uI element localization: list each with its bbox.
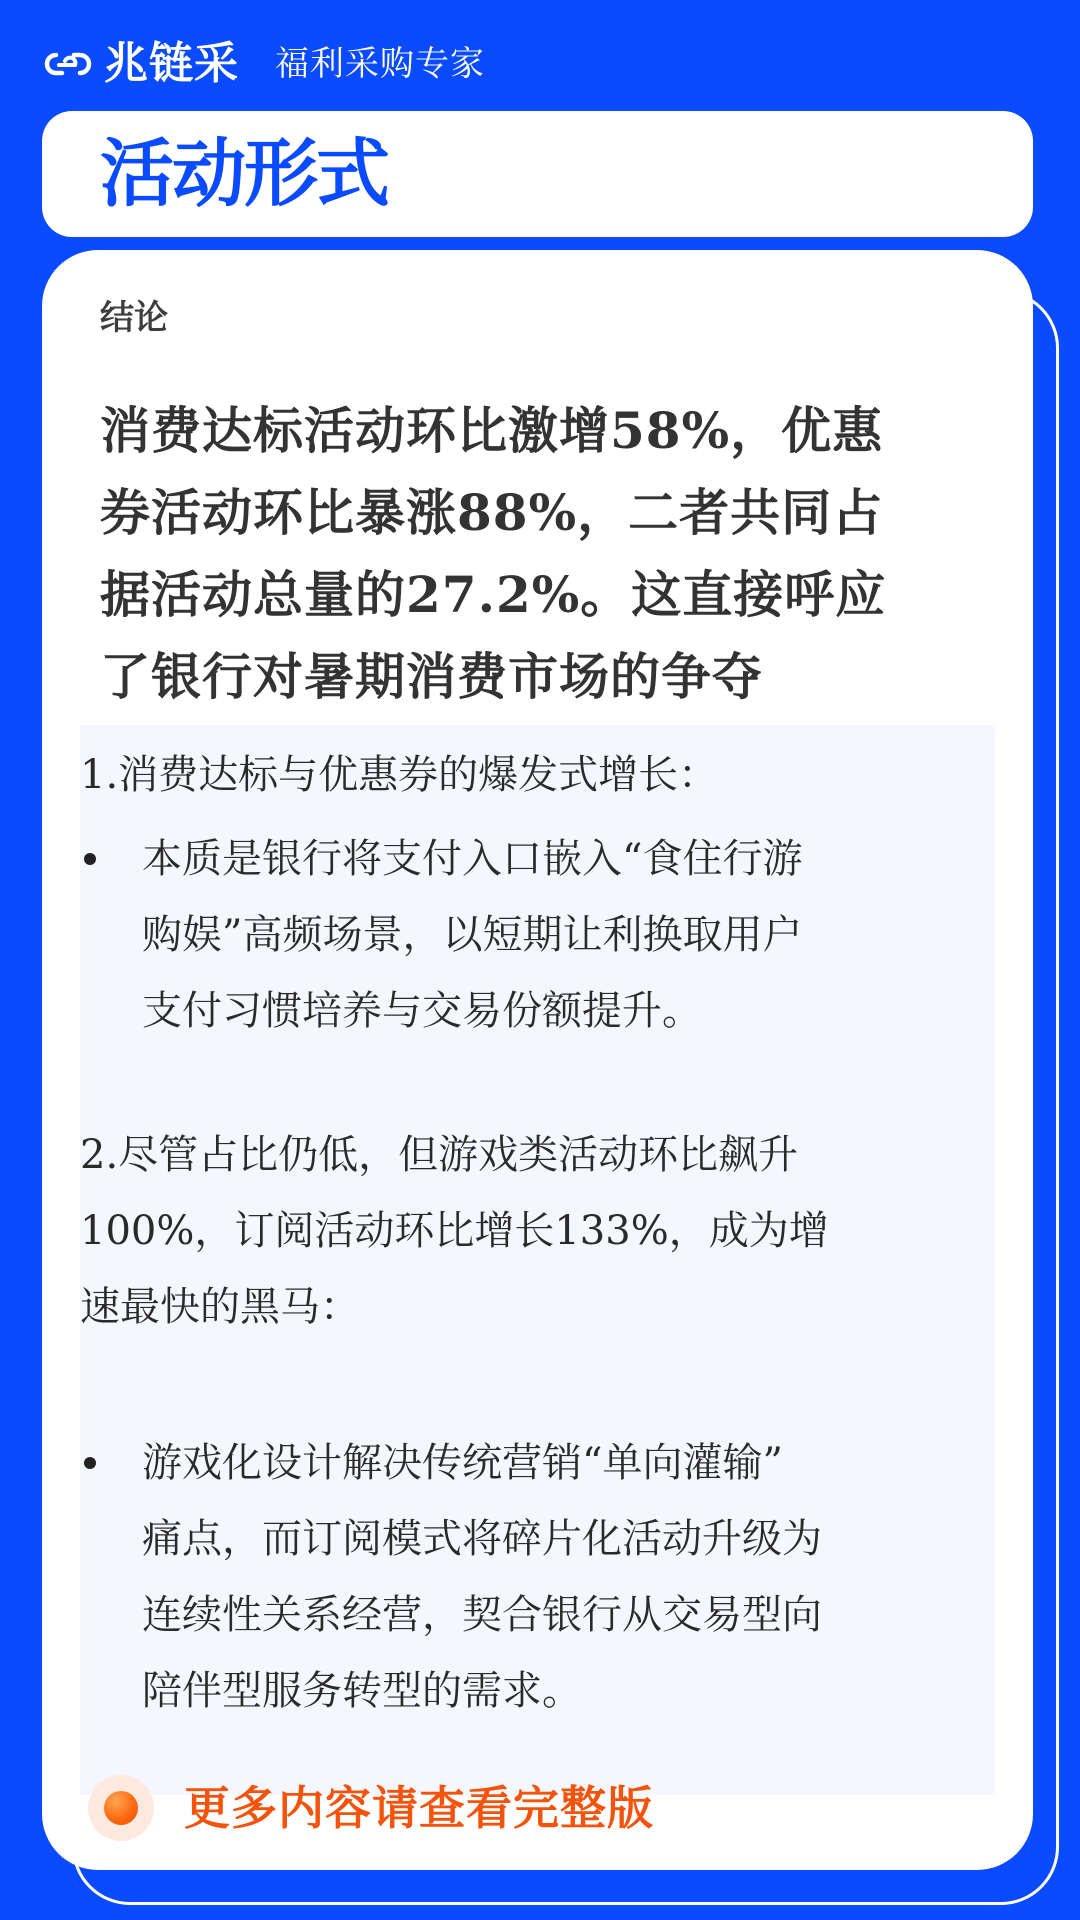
bullet-line: 支付习惯培养与交易份额提升。 <box>142 973 802 1049</box>
chain-link-icon <box>42 51 94 77</box>
cta-label: 更多内容请查看完整版 <box>184 1775 654 1841</box>
bullet-line: 陪伴型服务转型的需求。 <box>142 1653 822 1729</box>
point-heading: 1.消费达标与优惠券的爆发式增长： <box>80 737 718 813</box>
bullet-line: 连续性关系经营，契合银行从交易型向 <box>142 1577 822 1653</box>
bullet-line: 痛点，而订阅模式将碎片化活动升级为 <box>142 1501 822 1577</box>
brand-slogan: 福利采购专家 <box>275 36 485 92</box>
heading-line: 速最快的黑马： <box>80 1269 829 1345</box>
section-label: 结论 <box>100 296 168 340</box>
heading-line: 100%，订阅活动环比增长133%，成为增 <box>80 1193 829 1269</box>
title-card: 活动形式 <box>42 111 1033 237</box>
headline-line: 据活动总量的27.2%。这直接呼应 <box>100 554 980 636</box>
bullet-text: 游戏化设计解决传统营销“单向灌输” 痛点，而订阅模式将碎片化活动升级为 连续性关… <box>142 1425 822 1729</box>
brand-name: 兆链采 <box>104 36 239 92</box>
view-full-version-link[interactable]: 更多内容请查看完整版 <box>88 1775 654 1841</box>
headline-line: 了银行对暑期消费市场的争夺 <box>100 636 980 718</box>
bullet-line: 游戏化设计解决传统营销“单向灌输” <box>142 1425 822 1501</box>
content-box: 1.消费达标与优惠券的爆发式增长： 本质是银行将支付入口嵌入“食住行游 购娱”高… <box>80 725 995 1795</box>
point-heading: 2.尽管占比仍低，但游戏类活动环比飙升 100%，订阅活动环比增长133%，成为… <box>80 1117 829 1345</box>
bullet-dot-icon <box>84 853 96 865</box>
heading-line: 2.尽管占比仍低，但游戏类活动环比飙升 <box>80 1117 829 1193</box>
headline-line: 券活动环比暴涨88%，二者共同占 <box>100 472 980 554</box>
headline-line: 消费达标活动环比激增58%，优惠 <box>100 390 980 472</box>
bullet-text: 本质是银行将支付入口嵌入“食住行游 购娱”高频场景，以短期让利换取用户 支付习惯… <box>142 821 802 1049</box>
bullet-line: 购娱”高频场景，以短期让利换取用户 <box>142 897 802 973</box>
bullet-line: 本质是银行将支付入口嵌入“食住行游 <box>142 821 802 897</box>
header: 兆链采 福利采购专家 <box>42 36 485 92</box>
page-title: 活动形式 <box>100 129 388 219</box>
bullet-dot-icon <box>84 1457 96 1469</box>
main-card: 结论 消费达标活动环比激增58%，优惠 券活动环比暴涨88%，二者共同占 据活动… <box>42 250 1033 1870</box>
headline: 消费达标活动环比激增58%，优惠 券活动环比暴涨88%，二者共同占 据活动总量的… <box>100 390 980 718</box>
orange-dot-icon <box>88 1775 154 1841</box>
